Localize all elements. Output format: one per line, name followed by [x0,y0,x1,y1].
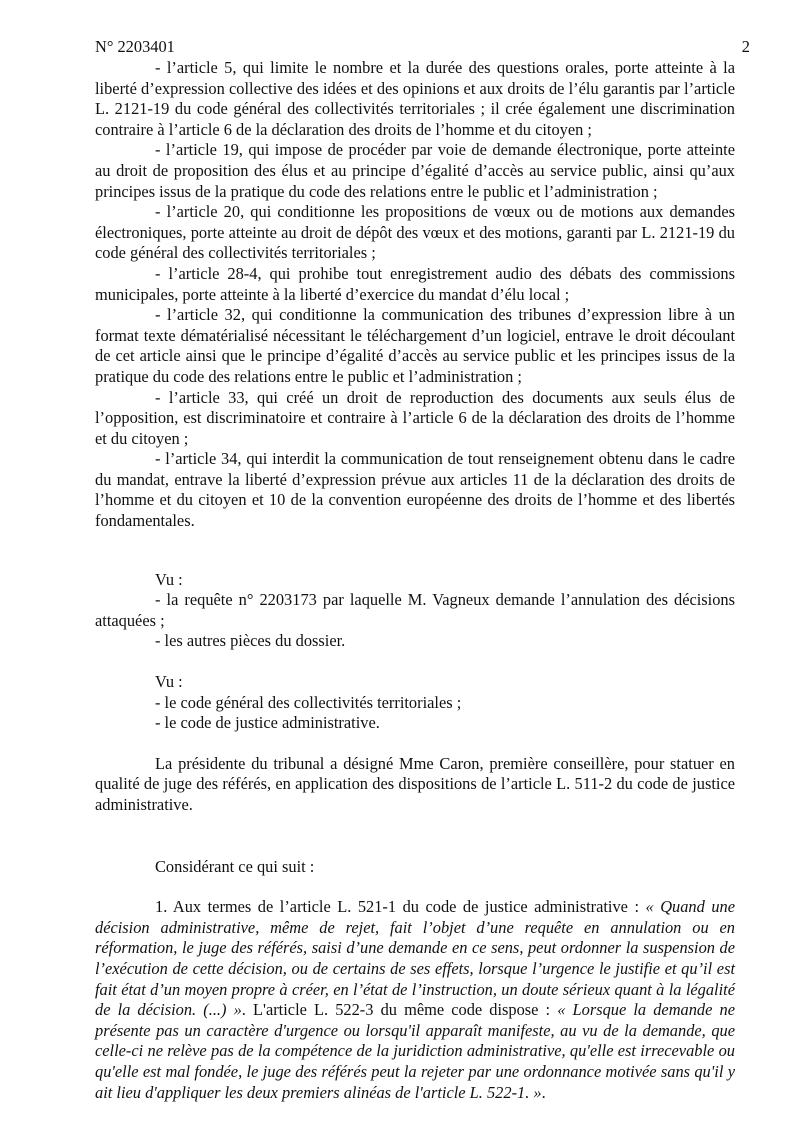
page-header: N° 2203401 2 [95,37,750,59]
article-item: - l’article 5, qui limite le nombre et l… [95,58,735,140]
article-item: - l’article 19, qui impose de procéder p… [95,140,735,202]
document-page: N° 2203401 2 - l’article 5, qui limite l… [0,0,810,1145]
vu-item: - le code de justice administrative. [95,713,735,734]
vu-item: - le code général des collectivités terr… [95,693,735,714]
document-body: - l’article 5, qui limite le nombre et l… [95,58,735,1103]
article-item: - l’article 34, qui interdit la communic… [95,449,735,531]
article-item: - l’article 28-4, qui prohibe tout enreg… [95,264,735,305]
para1-end: . [542,1083,546,1102]
article-item: - l’article 33, qui créé un droit de rep… [95,388,735,450]
case-number: N° 2203401 [95,37,175,58]
page-number: 2 [742,37,750,58]
vu-item: - la requête n° 2203173 par laquelle M. … [95,590,735,631]
para1-intro: 1. Aux termes de l’article L. 521-1 du c… [155,897,646,916]
vu-heading: Vu : [95,672,735,693]
article-item: - l’article 20, qui conditionne les prop… [95,202,735,264]
para1-middle: . L'article L. 522-3 du même code dispos… [242,1000,557,1019]
paragraph-1: 1. Aux termes de l’article L. 521-1 du c… [95,897,735,1103]
article-item: - l’article 32, qui conditionne la commu… [95,305,735,387]
considerant-heading: Considérant ce qui suit : [95,857,735,878]
vu-heading: Vu : [95,570,735,591]
vu-item: - les autres pièces du dossier. [95,631,735,652]
designation-paragraph: La présidente du tribunal a désigné Mme … [95,754,735,816]
